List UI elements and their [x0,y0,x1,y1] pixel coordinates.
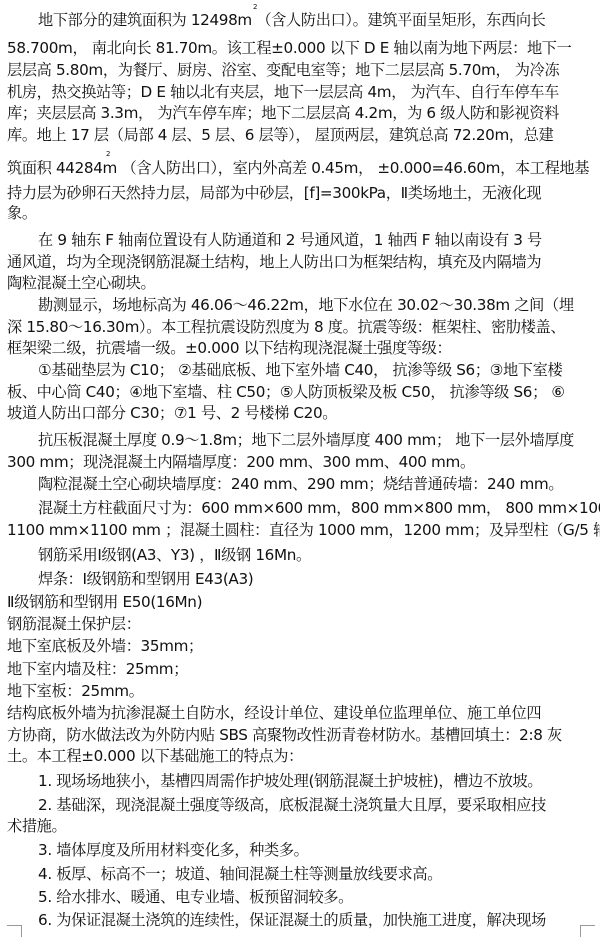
text-line: 术措施。 [7,816,595,836]
text-line: 结构底板外墙为抗渗混凝土自防水，经设计单位、建设单位监理单位、施工单位四 [7,703,595,723]
text-line: 框架梁二级，抗震墙一级。±0.000 以下结构现浇混凝土强度等级： [7,338,595,358]
text-line: 2. 基础深，现浇混凝土强度等级高，底板混凝土浇筑量大且厚，要采取相应技 [38,795,595,815]
text-line: 300 mm；现浇混凝土内隔墙厚度：200 mm、300 mm、400 mm。 [7,452,595,472]
text-line: 持力层为砂卵石天然持力层，局部为中砂层，[f]=300kPa，Ⅱ类场地土，无液化… [7,183,595,203]
text-line: 钢筋混凝土保护层： [7,614,595,634]
text-line: 勘测显示，场地标高为 46.06～46.22m，地下水位在 30.02～30.3… [38,295,595,315]
text-line: Ⅱ级钢筋和型钢用 E50(16Mn) [7,592,595,612]
text-line: 方协商，防水做法改为外防内贴 SBS 高聚物改性沥青卷材防水。基槽回填土：2:8… [7,725,595,745]
text-line: 1100 mm×1100 mm ；混凝土圆柱：直径为 1000 mm，1200 … [7,520,595,540]
text-line: 6. 为保证混凝土浇筑的连续性，保证混凝土的质量，加快施工进度，解决现场 [38,910,595,930]
text-line: 焊条：Ⅰ级钢筋和型钢用 E43(A3) [38,569,595,589]
text-line: 地下室内墙及柱：25mm； [7,659,595,679]
text-line: 地下部分的建筑面积为 12498m （含人防出口）。建筑平面呈矩形，东西向长 [38,10,595,30]
text-line: 混凝土方柱截面尺寸为：600 mm×600 mm，800 mm×800 mm， … [38,498,595,518]
document-page: 地下部分的建筑面积为 12498m （含人防出口）。建筑平面呈矩形，东西向长58… [0,0,600,937]
superscript-2: 2 [253,3,257,11]
text-line: 抗压板混凝土厚度 0.9～1.8m；地下二层外墙厚度 400 mm； 地下一层外… [38,430,595,450]
text-line: 陶粒混凝土空心砌块。 [7,273,595,293]
text-line: 3. 墙体厚度及所用材料变化多，种类多。 [38,840,595,860]
page-corner-mark-right [580,925,595,937]
text-line: 坡道人防出口部分 C30；⑦1 号、2 号楼梯 C20。 [7,403,595,423]
text-line: 通风道，均为全现浇钢筋混凝土结构，地上人防出口为框架结构，填充及内隔墙为 [7,252,595,272]
text-line: 陶粒混凝土空心砌块墙厚度：240 mm、290 mm；烧结普通砖墙：240 mm… [38,474,595,494]
page-corner-mark-left [7,925,22,937]
text-line: 土。本工程±0.000 以下基础施工的特点为： [7,746,595,766]
text-line: 4. 板厚、标高不一；坡道、轴间混凝土柱等测量放线要求高。 [38,864,595,884]
text-line: 库。地上 17 层（局部 4 层、5 层、6 层等）， 屋顶两层，建筑总高 72… [7,125,595,145]
text-line: 地下室板：25mm。 [7,681,595,701]
text-line: ①基础垫层为 C10； ②基础底板、地下室外墙 C40， 抗渗等级 S6；③地下… [38,360,595,380]
text-line: 5. 给水排水、暖通、电专业墙、板预留洞较多。 [38,887,595,907]
text-line: 58.700m， 南北向长 81.70m。该工程±0.000 以下 D E 轴以… [7,38,595,58]
text-line: 在 9 轴东 F 轴南位置设有人防通道和 2 号通风道，1 轴西 F 轴以南设有… [38,230,595,250]
text-line: 象。 [7,203,595,223]
text-line: 库；夹层层高 3.3m， 为汽车停车库；地下二层层高 4.2m，为 6 级人防和… [7,103,595,123]
text-line: 板、中心筒 C40；④地下室墙、柱 C50；⑤人防顶板梁及板 C50， 抗渗等级… [7,382,595,402]
superscript-2: 2 [106,150,110,158]
text-line: 机房，热交换站等；D E 轴以北有夹层，地下一层层高 4m， 为汽车、自行车停车… [7,82,595,102]
text-line: 1. 现场场地狭小，基槽四周需作护坡处理(钢筋混凝土护坡桩)，槽边不放坡。 [38,771,595,791]
text-line: 地下室底板及外墙：35mm； [7,636,595,656]
text-line: 钢筋采用Ⅰ级钢(A3、Y3) ，Ⅱ级钢 16Mn。 [38,545,595,565]
text-line: 层层高 5.80m，为餐厅、厨房、浴室、变配电室等；地下二层层高 5.70m， … [7,60,595,80]
text-line: 筑面积 44284m （含人防出口），室内外高差 0.45m， ±0.000=4… [7,158,595,178]
text-line: 深 15.80～16.30m）。本工程抗震设防烈度为 8 度。抗震等级：框架柱、… [7,317,595,337]
